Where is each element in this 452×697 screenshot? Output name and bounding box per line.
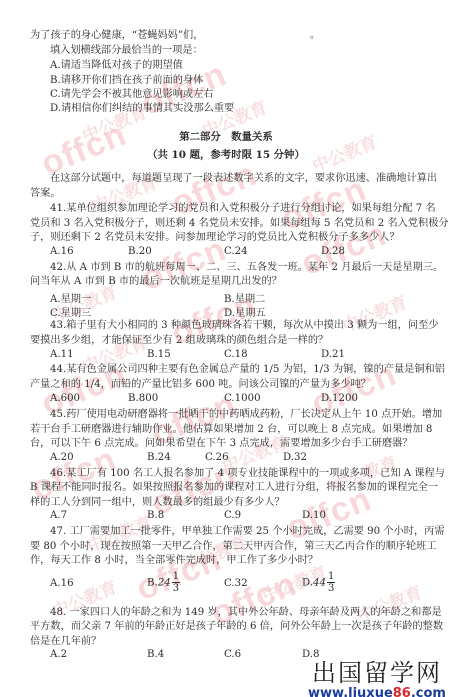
fraction-numerator: 1 bbox=[172, 571, 180, 583]
site-logo-name: 出国留学网 bbox=[312, 660, 446, 686]
url-prefix: www.liuxue bbox=[308, 686, 393, 697]
q47-line: 要 80 个小时，现在按照第一天甲乙合作，第二天甲丙合作，第三天乙丙合作的顺序轮… bbox=[30, 540, 437, 553]
q47-option-a: A.16 bbox=[50, 578, 74, 589]
fraction: 13 bbox=[172, 571, 180, 594]
q42-option-c: C.星期三 bbox=[50, 304, 91, 319]
q47-option-d: D.4413 bbox=[302, 571, 335, 594]
q42-option-b: B.星期二 bbox=[224, 290, 265, 305]
fraction-denominator: 3 bbox=[328, 583, 334, 594]
q42-option-a: A.星期一 bbox=[50, 290, 91, 305]
q45-option-d: D.32 bbox=[283, 452, 307, 463]
q44-option-a: A.600 bbox=[50, 393, 80, 404]
url-suffix: .com bbox=[411, 686, 446, 697]
section-intro-line: 在这部分试题中，每道题呈现了一段表述数字关系的文字，要求你迅速、准确地计算出 bbox=[50, 172, 437, 185]
q46-option-d: D.10 bbox=[302, 510, 326, 521]
q47-line: 作，每天工作 8 小时，当全部零件完成时，甲工作了多少小时？ bbox=[30, 554, 318, 567]
q47-option-c: C.32 bbox=[224, 578, 248, 589]
q43-option-a: A.11 bbox=[50, 349, 74, 360]
q41-option-c: C.24 bbox=[224, 246, 248, 257]
q40-option-a: A.请适当降低对孩子的期望值 bbox=[50, 59, 183, 72]
q40-prompt: 填入划横线部分最恰当的一项是： bbox=[50, 44, 203, 57]
q43-option-d: D.21 bbox=[321, 349, 345, 360]
site-logo[interactable]: 出国留学网 www.liuxue86.com bbox=[312, 660, 446, 697]
q40-option-d: D.请相信你们纠结的事情其实没那么重要 bbox=[50, 102, 234, 115]
q44-option-b: B.800 bbox=[128, 393, 158, 404]
url-number: 86 bbox=[393, 686, 411, 697]
q41-line: 党员和 3 名入党积极分子，则还剩 4 名党员未安排。如果每组每 5 名党员和 … bbox=[30, 217, 449, 230]
q46-option-b: B.8 bbox=[147, 510, 164, 521]
fraction-denominator: 3 bbox=[173, 583, 179, 594]
q45-line: 台，可以下午 6 点完成。问如果希望在下午 3 点完成，需要增加多少台手工研磨器… bbox=[30, 437, 412, 450]
q41-line: 41.某单位组织参加理论学习的党员和入党积极分子进行分组讨论，如果每组分配 7 … bbox=[50, 202, 436, 215]
q45-option-b: B.24 bbox=[147, 452, 171, 463]
q42-line: 42.从 A 市到 B 市的航班每周一、二、三、五各发一班。某年 2 月最后一天… bbox=[50, 261, 443, 274]
q48-line: 倍是在几年前？ bbox=[30, 635, 101, 648]
q47-option-b: B.2413 bbox=[147, 571, 180, 594]
q44-line: 产量之和的 1/4，而铅的产量比铝多 600 吨。问该公司镍的产量为多少吨？ bbox=[30, 378, 371, 391]
site-logo-url[interactable]: www.liuxue86.com bbox=[308, 686, 446, 697]
q47-line: 47. 工厂需要加工一批零件，甲单独工作需要 25 个小时完成，乙需要 90 个… bbox=[50, 525, 445, 538]
q43-option-c: C.18 bbox=[224, 349, 248, 360]
q46-option-c: C.9 bbox=[224, 510, 241, 521]
q48-option-a: A.2 bbox=[50, 649, 67, 660]
q46-option-a: A.7 bbox=[50, 510, 67, 521]
q44-option-c: C.1000 bbox=[224, 393, 261, 404]
q43-line: 要摸出多少组，才能保证至少有 2 组玻璃珠的颜色组合是一样的？ bbox=[30, 334, 328, 347]
q42-line: 问当年从 A 市到 B 市的最后一次航班是星期几出发的？ bbox=[30, 275, 282, 288]
q45-line: 若干台手工研磨器进行辅助作业。他估算如果增加 2 台，可以晚上 8 点完成。如果… bbox=[30, 423, 432, 436]
q47-option-b-label: B. bbox=[147, 578, 158, 589]
q40-option-b: B.请移开你们挡在孩子前面的身体 bbox=[50, 74, 203, 87]
q44-option-d: D.1200 bbox=[321, 393, 358, 404]
q48-option-c: C.6 bbox=[224, 649, 241, 660]
q42-option-d: D.星期五 bbox=[224, 304, 266, 319]
section-intro-line: 答案。 bbox=[30, 187, 61, 200]
q46-line: B 课程不能同时报名。如果按照报名参加的课程对工人进行分组，将报名参加的课程完全… bbox=[30, 481, 438, 494]
q45-option-c: C.26 bbox=[205, 452, 229, 463]
q47-option-d-whole: 44 bbox=[313, 578, 326, 589]
q47-option-b-whole: 24 bbox=[158, 578, 171, 589]
q41-option-a: A.16 bbox=[50, 246, 74, 257]
q41-option-d: D.28 bbox=[321, 246, 345, 257]
fraction-numerator: 1 bbox=[327, 571, 335, 583]
q48-line: 48. 一家四口人的年龄之和为 149 岁，其中外公年龄、母亲年龄及两人的年龄之… bbox=[50, 606, 442, 619]
q45-line: 45.药厂使用电动研磨器将一批晒干的中药晒成药粉，厂长决定从上午 10 点开始。… bbox=[50, 408, 442, 421]
section-title: 第二部分 数量关系 bbox=[0, 128, 452, 143]
q40-stem-end: 。 bbox=[310, 29, 320, 42]
q41-line: 子，则还剩下 2 名党员未安排。问参加理论学习的党员比入党积极分子多多少人？ bbox=[30, 231, 400, 244]
q48-option-b: B.4 bbox=[147, 649, 164, 660]
q46-line: 46.某工厂有 100 名工人报名参加了 4 项专业技能课程中的一项或多项，已知… bbox=[50, 467, 445, 480]
q43-option-b: B.15 bbox=[147, 349, 171, 360]
section-subtitle: （共 10 题，参考时限 15 分钟） bbox=[0, 146, 452, 161]
q41-option-b: B.20 bbox=[128, 246, 152, 257]
q43-line: 43.箱子里有大小相同的 3 种颜色玻璃珠各若干颗，每次从中摸出 3 颗为一组，… bbox=[50, 319, 439, 332]
q40-option-c: C.请先学会不被其他意见影响或左右 bbox=[50, 88, 213, 101]
q44-line: 44.某有色金属公司四种主要有色金属总产量的 1/5 为铝，1/3 为铜，镍的产… bbox=[50, 363, 445, 376]
q48-line: 平方数，而父亲 7 年前的年龄正好是孩子年龄的 6 倍，问外公年龄上一次是孩子年… bbox=[30, 620, 443, 633]
q47-option-d-label: D. bbox=[302, 578, 313, 589]
q46-line: 样的工人分到同一组中，则人数最多的组最少有多少人？ bbox=[30, 496, 285, 509]
q45-option-a: A.20 bbox=[50, 452, 74, 463]
q40-stem: 为了孩子的身心健康，“苍蝇妈妈”们， bbox=[30, 29, 203, 42]
fraction: 13 bbox=[327, 571, 335, 594]
